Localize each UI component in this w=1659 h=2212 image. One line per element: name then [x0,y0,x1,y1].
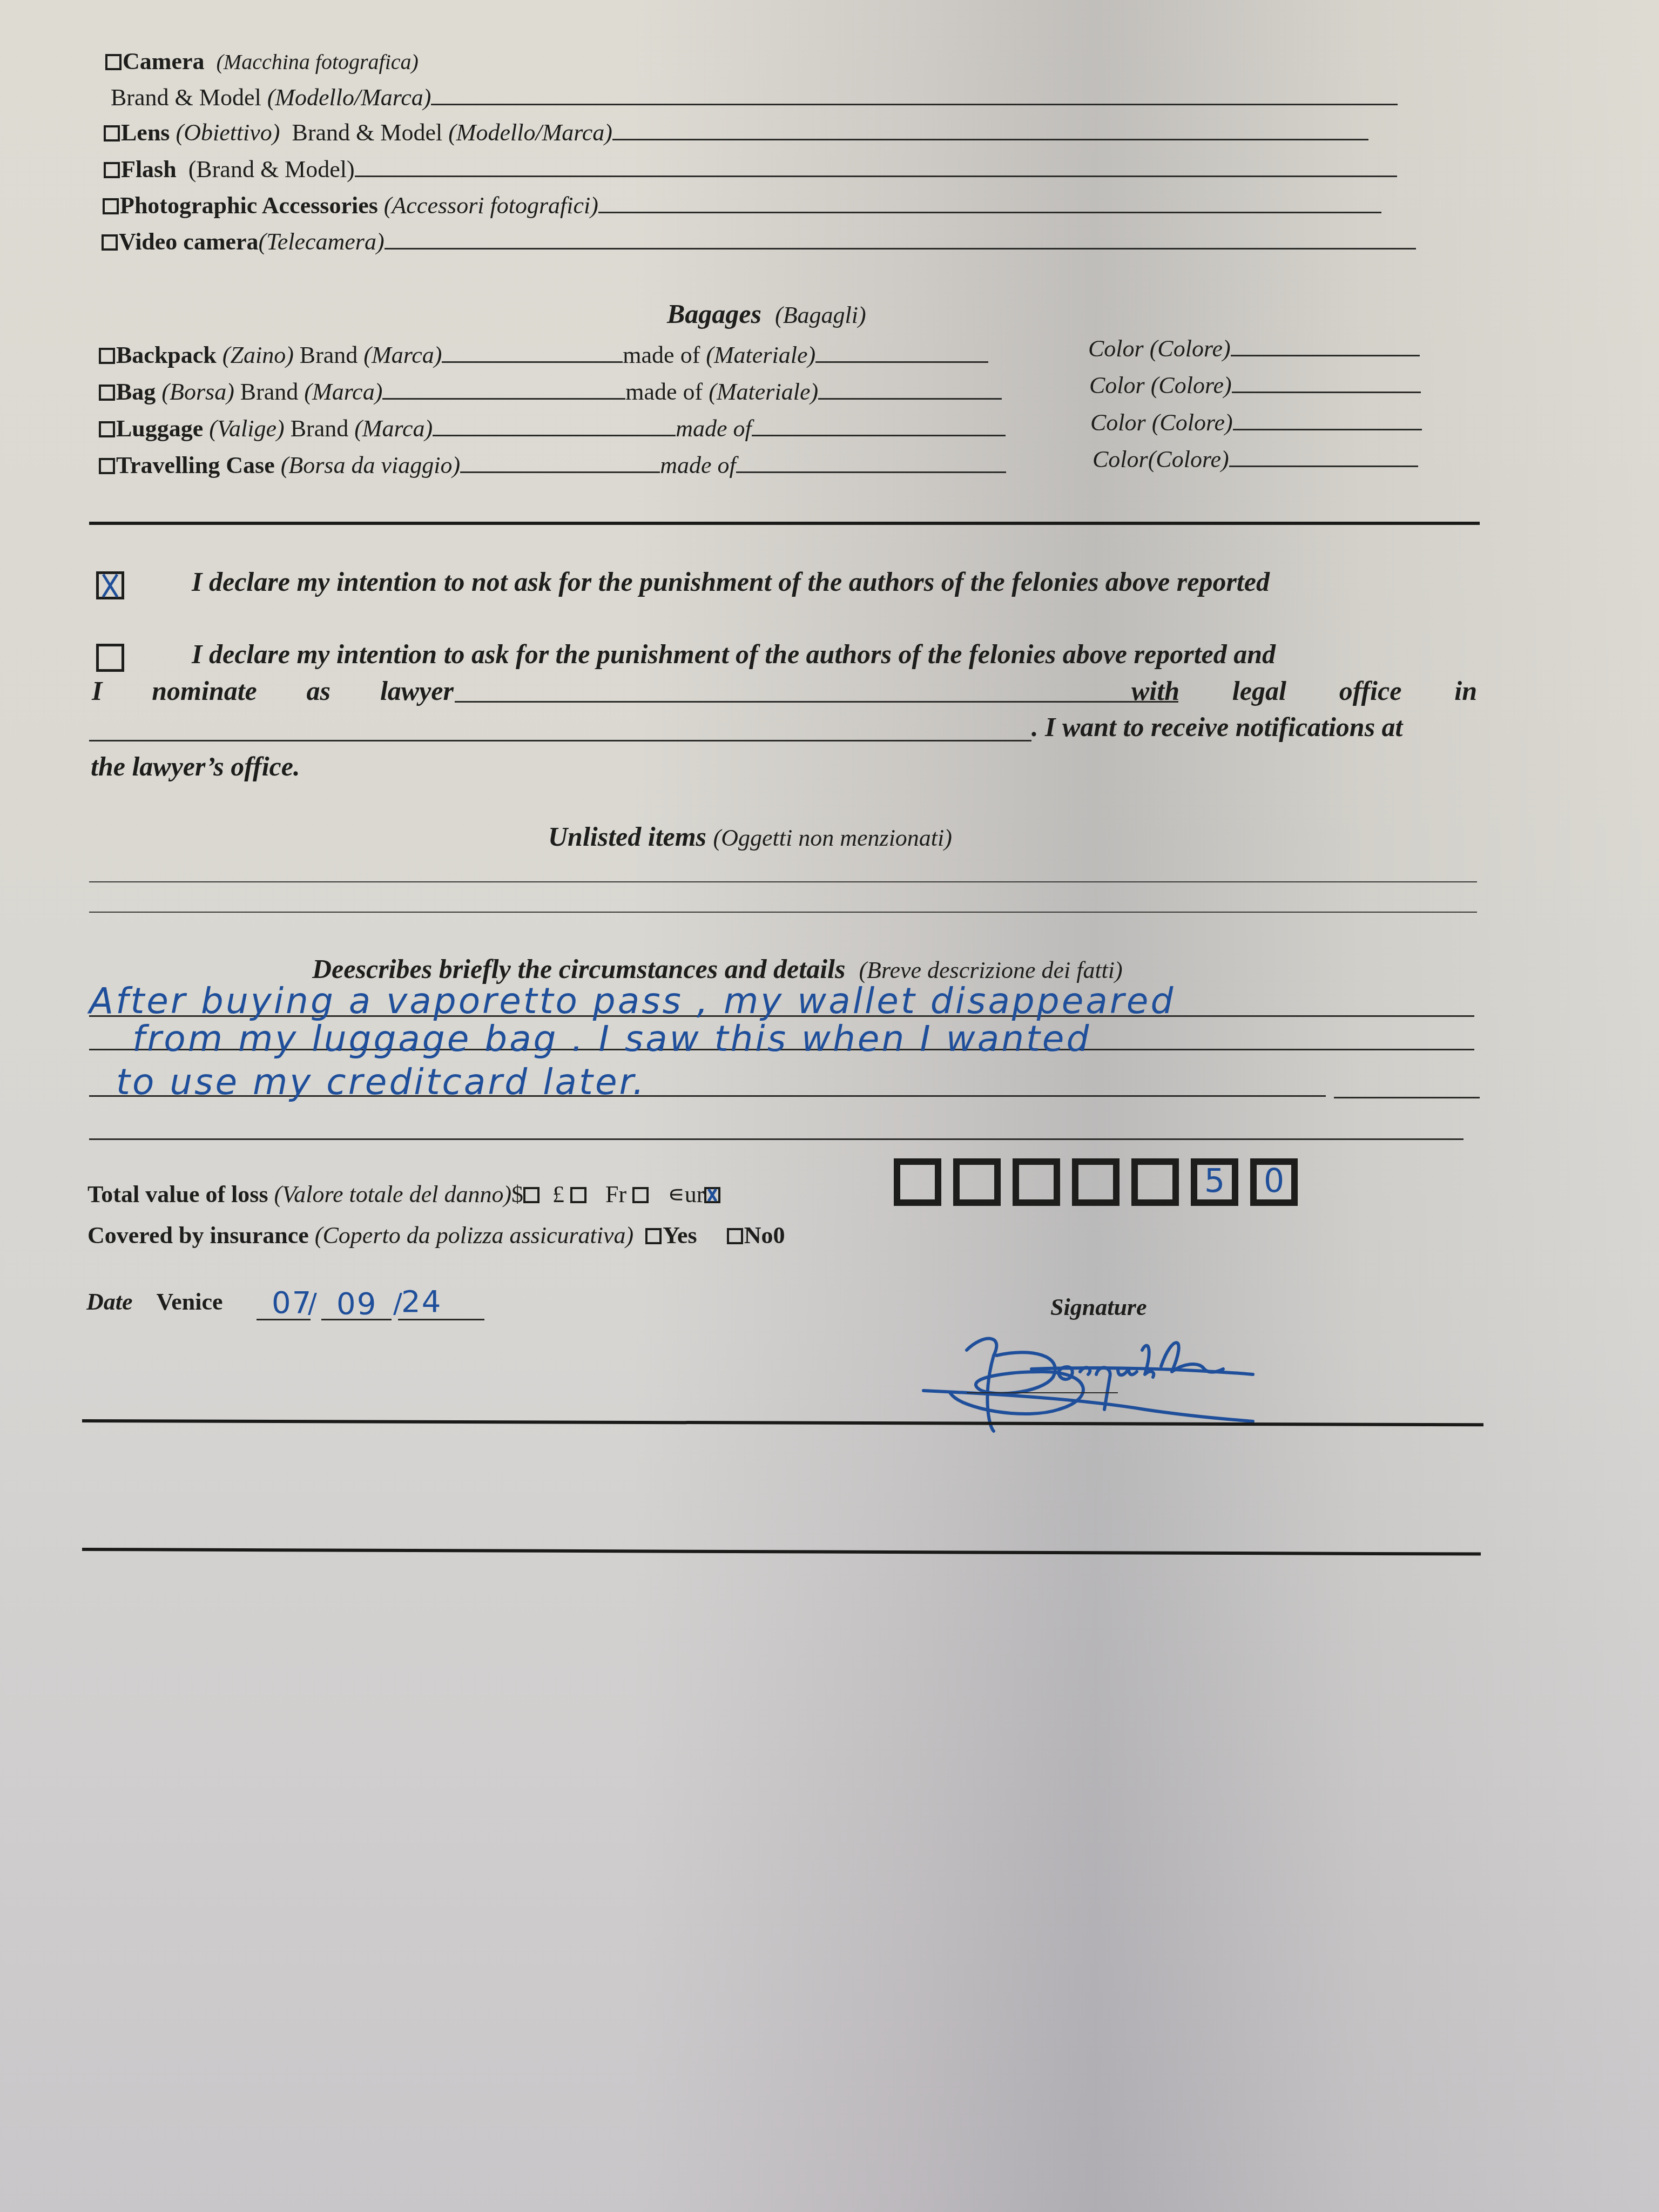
unlisted-items-line-2[interactable] [89,912,1477,913]
description-line-3-end [1334,1097,1480,1098]
currency-dollar-checkbox[interactable] [523,1187,539,1203]
description-handwritten-line-2[interactable]: from my luggage bag . I saw this when I … [132,1018,1091,1060]
luggage-color: Color (Colore) [1090,409,1422,436]
travelling-case-checkbox[interactable] [99,458,115,474]
backpack-color: Color (Colore) [1088,335,1420,362]
description-line-4 [89,1138,1464,1140]
amount-digit-box[interactable] [1013,1158,1060,1206]
currency-pound-checkbox[interactable] [570,1187,586,1203]
accessories-field[interactable] [598,192,1381,213]
luggage-material-field[interactable] [752,415,1006,436]
signature-label: Signature [1050,1293,1147,1321]
lawyer-name-field[interactable] [455,675,1178,703]
notifications-text: . I want to receive notifications at [1031,711,1402,743]
camera-brand-field[interactable] [431,84,1398,105]
declaration-punishment-checkbox[interactable] [96,644,124,672]
date-separator: / [308,1287,319,1319]
lens-checkbox[interactable] [104,125,120,141]
legal-office-label: with legal office in [1131,675,1477,706]
amount-digit-box[interactable] [1131,1158,1179,1206]
accessories-checkbox[interactable] [103,198,119,214]
backpack-checkbox[interactable] [99,348,115,364]
police-report-form-page: Camera (Macchina fotografica) Brand & Mo… [0,0,1659,2212]
video-camera-checkbox[interactable] [102,234,118,251]
date-month: 09 [336,1286,377,1321]
bag-material-field[interactable] [818,379,1002,400]
bag-checkbox[interactable] [99,385,115,401]
lawyer-office-text: the lawyer’s office. [91,751,300,782]
signature-field[interactable]: Bocquillon [918,1318,1328,1437]
flash-field[interactable] [355,156,1397,177]
unlisted-items-heading: Unlisted items (Oggetti non menzionati) [548,821,952,852]
date-row: Date Venice [86,1288,223,1316]
section-divider-last [82,1548,1481,1556]
declaration-punishment-checkbox-wrap [96,644,125,673]
date-year: 24 [401,1284,442,1319]
lens-row: Lens (Obiettivo) Brand & Model (Modello/… [104,119,1368,146]
declaration-no-punishment-checkbox[interactable] [96,571,124,599]
signature-underline [967,1392,1118,1393]
amount-digit-box[interactable] [894,1158,941,1206]
backpack-material-field[interactable] [815,342,988,363]
date-field[interactable]: 07 / 09 / 24 [257,1285,486,1323]
declaration-no-punishment-checkbox-wrap [96,571,125,601]
bag-color-field[interactable] [1232,372,1421,393]
legal-office-field[interactable] [89,740,1031,741]
luggage-color-field[interactable] [1233,409,1422,430]
backpack-brand-field[interactable] [442,342,623,363]
currency-franc-checkbox[interactable] [632,1187,649,1203]
travelling-case-row: Travelling Case (Borsa da viaggio)made o… [99,451,1006,479]
travelling-case-color: Color(Colore) [1092,446,1418,473]
nominate-label: I nominate as lawyer [92,675,454,706]
camera-brand-row: Brand & Model (Modello/Marca) [111,84,1398,111]
insurance-no-checkbox[interactable] [727,1228,743,1244]
bag-color: Color (Colore) [1089,372,1421,399]
video-camera-field[interactable] [385,228,1416,249]
loss-row: Total value of loss (Valore totale del d… [87,1181,721,1208]
insurance-row: Covered by insurance (Coperto da polizza… [87,1222,785,1249]
amount-digit-box[interactable] [1072,1158,1120,1206]
backpack-row: Backpack (Zaino) Brand (Marca)made of (M… [99,341,988,369]
flash-row: Flash (Brand & Model) [104,156,1397,183]
amount-digit-box[interactable]: 5 [1191,1158,1238,1206]
backpack-color-field[interactable] [1231,335,1420,356]
signature-ink-icon [918,1318,1328,1437]
currency-euro-checkbox[interactable] [704,1187,720,1203]
bag-brand-field[interactable] [382,379,625,400]
bag-row: Bag (Borsa) Brand (Marca)made of (Materi… [99,378,1002,406]
luggage-brand-field[interactable] [433,415,676,436]
travelling-case-brand-field[interactable] [460,452,660,473]
loss-amount-boxes[interactable]: 50 [894,1158,1310,1206]
date-day: 07 [272,1285,312,1320]
declaration-no-punishment-text: I declare my intention to not ask for th… [192,566,1270,597]
travelling-case-material-field[interactable] [736,452,1006,473]
luggage-checkbox[interactable] [99,421,115,437]
camera-row: Camera (Macchina fotografica) [105,48,419,75]
amount-digit-box[interactable] [953,1158,1001,1206]
accessories-row: Photographic Accessories (Accessori foto… [103,192,1381,219]
bagages-heading: Bagages (Bagagli) [667,298,866,329]
lens-brand-field[interactable] [612,119,1368,140]
declaration-punishment-text: I declare my intention to ask for the pu… [192,638,1276,670]
camera-checkbox[interactable] [105,54,122,70]
description-handwritten-line-3[interactable]: to use my creditcard later. [116,1061,646,1103]
insurance-yes-checkbox[interactable] [645,1228,662,1244]
flash-checkbox[interactable] [104,162,120,178]
amount-digit-box[interactable]: 0 [1250,1158,1298,1206]
video-camera-row: Video camera(Telecamera) [102,228,1416,255]
description-handwritten-line-1[interactable]: After buying a vaporetto pass , my walle… [89,980,1175,1022]
travelling-case-color-field[interactable] [1229,446,1418,467]
section-divider [89,522,1480,525]
luggage-row: Luggage (Valige) Brand (Marca)made of [99,415,1006,442]
unlisted-items-line-1[interactable] [89,881,1477,882]
